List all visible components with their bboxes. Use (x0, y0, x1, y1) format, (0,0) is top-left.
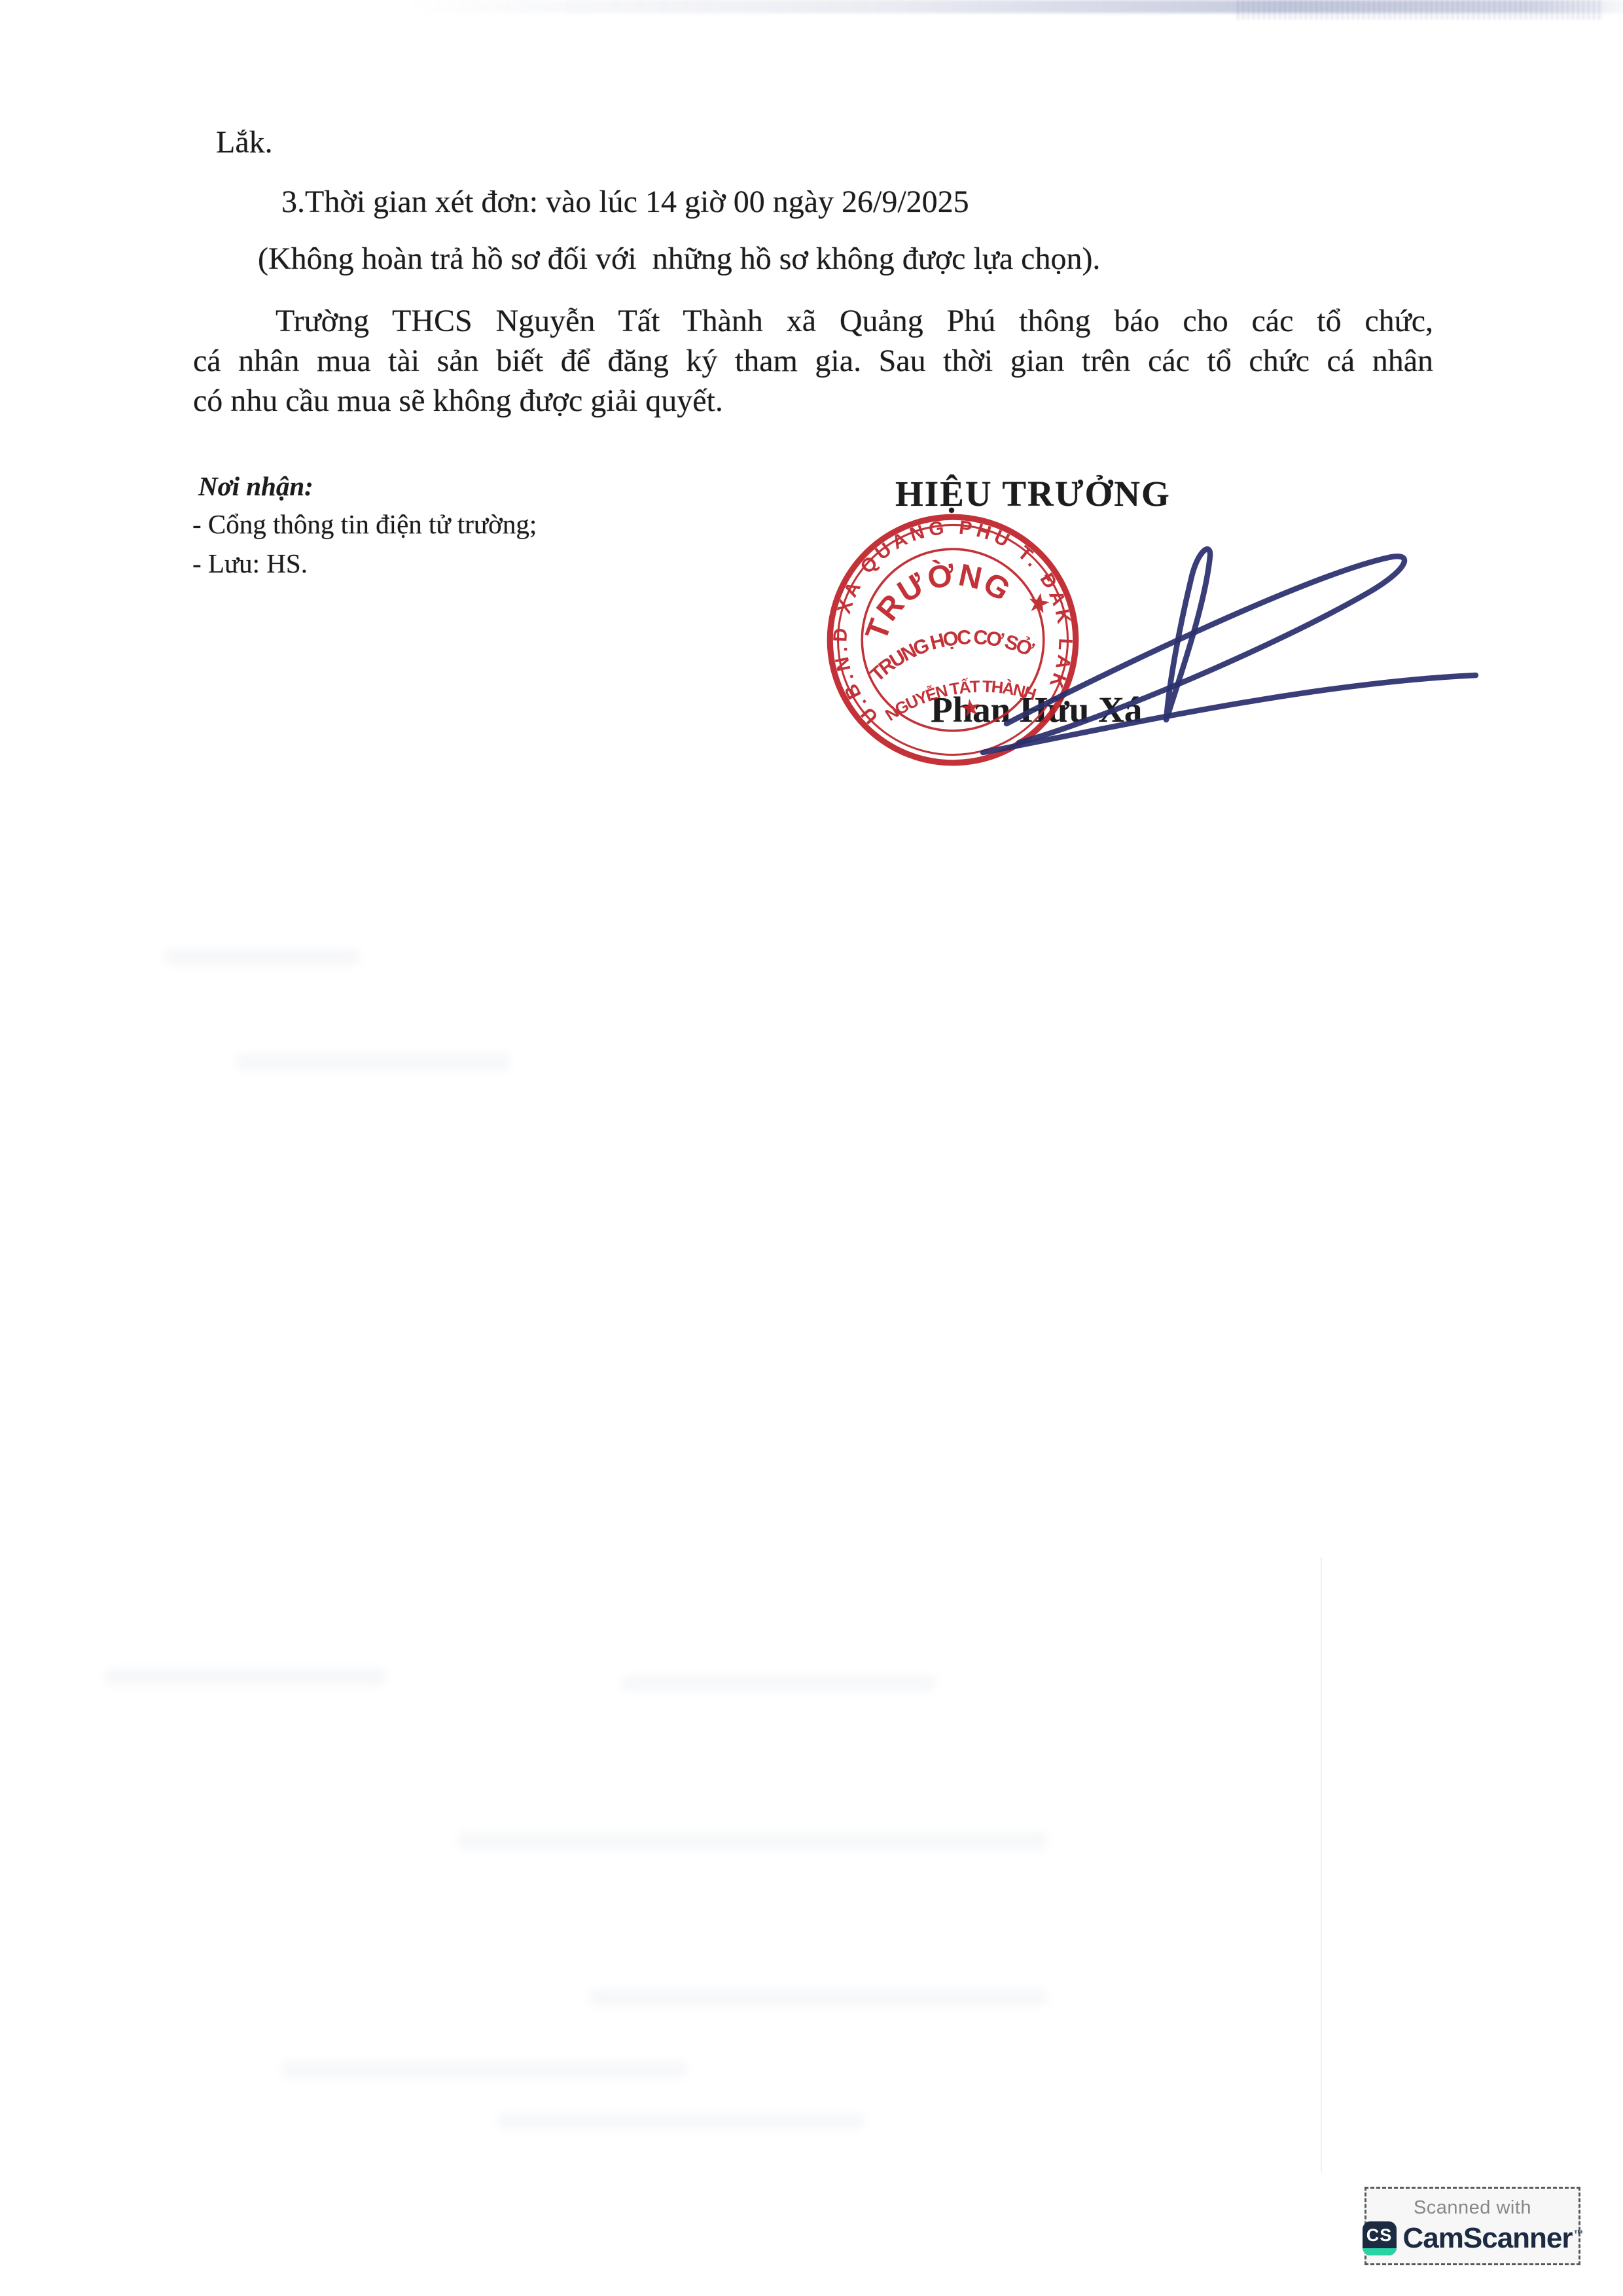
bleed-through-smudge (105, 1669, 386, 1686)
paragraph-line-2: cá nhân mua tài sản biết để đăng ký tham… (193, 341, 1433, 381)
bleed-through-smudge (458, 1832, 1047, 1850)
recipients-heading: Nơi nhận: (198, 470, 313, 502)
camscanner-brand-label: CamScanner (1403, 2222, 1573, 2254)
bleed-through-smudge (281, 2061, 687, 2078)
recipient-item: - Lưu: HS. (192, 548, 308, 579)
signature-stroke (983, 675, 1476, 752)
clause-3-line: 3.Thời gian xét đơn: vào lúc 14 giờ 00 n… (281, 184, 969, 220)
camscanner-watermark: Scanned with CS CamScanner™ (1364, 2187, 1580, 2265)
scanned-with-label: Scanned with (1414, 2197, 1531, 2219)
recipient-item: - Cổng thông tin điện tử trường; (192, 508, 537, 540)
paragraph-line-1: Trường THCS Nguyễn Tất Thành xã Quảng Ph… (193, 301, 1433, 341)
continuation-text: Lắk. (216, 124, 273, 160)
note-line: (Không hoàn trả hồ sơ đối với những hồ s… (258, 241, 1100, 277)
handwritten-signature (883, 516, 1492, 777)
bleed-through-smudge (164, 949, 360, 966)
bleed-through-smudge (236, 1053, 510, 1070)
top-edge-noise-artifact (1237, 0, 1603, 20)
camscanner-logo-icon: CS (1363, 2221, 1397, 2255)
trademark-symbol: ™ (1574, 2229, 1583, 2240)
camscanner-logo-letters: CS (1366, 2225, 1393, 2246)
bleed-through-smudge (589, 1989, 1047, 2006)
vertical-scan-line-artifact (1321, 1557, 1322, 2172)
bleed-through-smudge (497, 2113, 864, 2129)
camscanner-logo-row: CS CamScanner™ (1363, 2221, 1583, 2255)
body-paragraph: Trường THCS Nguyễn Tất Thành xã Quảng Ph… (193, 301, 1433, 421)
camscanner-brand-text: CamScanner™ (1403, 2222, 1583, 2255)
scanned-document-page: { "document": { "continuation_text": "Lắ… (0, 0, 1623, 2296)
camscanner-logo-teal-bar (1363, 2248, 1397, 2255)
paragraph-line-3: có nhu cầu mua sẽ không được giải quyết. (193, 381, 1433, 421)
bleed-through-smudge (622, 1675, 936, 1691)
